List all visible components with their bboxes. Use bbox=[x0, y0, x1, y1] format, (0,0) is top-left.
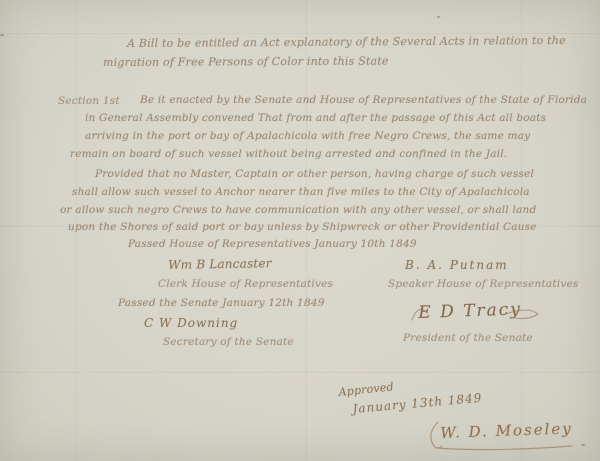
clerk-title: Clerk House of Representatives bbox=[158, 278, 333, 290]
body-line-8: upon the Shores of said port or bay unle… bbox=[68, 221, 537, 233]
body-line-7: or allow such negro Crews to have commun… bbox=[60, 204, 536, 216]
manuscript-page: A Bill to be entitled an Act explanatory… bbox=[0, 0, 600, 461]
secretary-signature: C W Downing bbox=[144, 316, 238, 330]
approved-label: Approved bbox=[338, 380, 394, 399]
house-passage-line: Passed House of Representatives January … bbox=[128, 238, 417, 250]
ink-speck bbox=[581, 444, 585, 446]
body-line-5: Provided that no Master, Captain or othe… bbox=[95, 168, 534, 180]
body-line-2: in General Assembly convened That from a… bbox=[85, 112, 546, 124]
president-title: President of the Senate bbox=[403, 332, 533, 344]
paper-crease bbox=[0, 372, 600, 373]
body-line-4: remain on board of such vessel without b… bbox=[70, 148, 507, 160]
bill-title-line-2: migration of Free Persons of Color into … bbox=[103, 55, 389, 69]
body-line-6: shall allow such vessel to Anchor nearer… bbox=[72, 186, 530, 198]
clerk-signature: Wm B Lancaster bbox=[168, 256, 272, 272]
president-signature: E D Tracy bbox=[418, 299, 522, 323]
secretary-title: Secretary of the Senate bbox=[163, 336, 294, 348]
speaker-signature: B. A. Putnam bbox=[405, 258, 509, 272]
ink-speck bbox=[0, 34, 4, 36]
ink-speck bbox=[437, 16, 440, 18]
body-line-1: Be it enacted by the Senate and House of… bbox=[140, 94, 587, 106]
governor-signature: W. D. Moseley bbox=[440, 419, 573, 442]
senate-passage-line: Passed the Senate January 12th 1849 bbox=[118, 297, 325, 309]
section-label: Section 1st bbox=[58, 95, 120, 107]
body-line-3: arriving in the port or bay of Apalachic… bbox=[85, 130, 530, 142]
speaker-title: Speaker House of Representatives bbox=[388, 278, 578, 290]
bill-title-line-1: A Bill to be entitled an Act explanatory… bbox=[127, 34, 566, 50]
